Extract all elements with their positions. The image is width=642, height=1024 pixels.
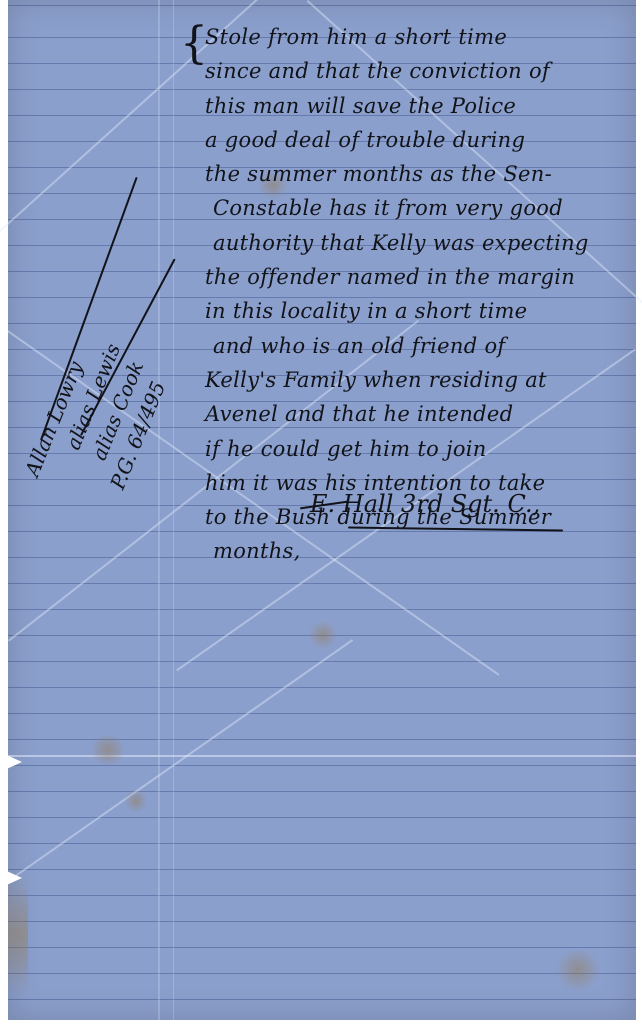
- bracket-mark: {: [180, 22, 208, 66]
- body-line: the summer months as the Sen-: [205, 157, 625, 191]
- body-line: in this locality in a short time: [205, 294, 625, 328]
- paper-stain: [123, 790, 149, 812]
- body-line: since and that the conviction of: [205, 54, 625, 88]
- body-line: this man will save the Police: [205, 89, 625, 123]
- body-line: Avenel and that he intended: [205, 397, 625, 431]
- paper-stain: [553, 950, 603, 990]
- paper-stain: [88, 735, 128, 765]
- body-line: and who is an old friend of: [205, 329, 625, 363]
- signature: E. Hall 3rd Sgt. C.,: [310, 490, 540, 518]
- body-line: months,: [205, 534, 625, 568]
- body-line: Kelly's Family when residing at: [205, 363, 625, 397]
- body-line: if he could get him to join: [205, 432, 625, 466]
- paper-stain: [308, 620, 338, 650]
- body-line: the offender named in the margin: [205, 260, 625, 294]
- torn-edge: [0, 868, 22, 888]
- body-line: authority that Kelly was expecting: [205, 226, 625, 260]
- vertical-fold: [158, 0, 160, 1020]
- torn-edge: [0, 752, 22, 772]
- letter-body: Stole from him a short time since and th…: [205, 20, 625, 569]
- body-line: Constable has it from very good: [205, 191, 625, 225]
- body-line: Stole from him a short time: [205, 20, 625, 54]
- diagonal-fold: [8, 639, 353, 882]
- body-line: a good deal of trouble during: [205, 123, 625, 157]
